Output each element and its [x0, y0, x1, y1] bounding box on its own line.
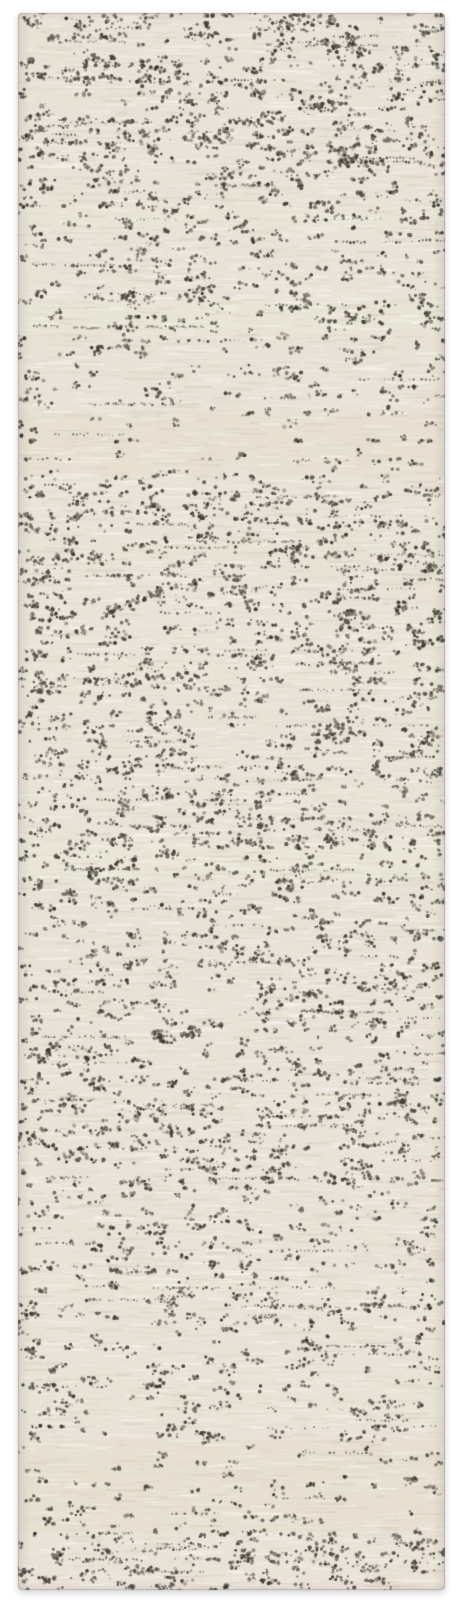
rug-product-photo — [0, 0, 460, 1612]
rug-texture-canvas — [0, 0, 460, 1612]
